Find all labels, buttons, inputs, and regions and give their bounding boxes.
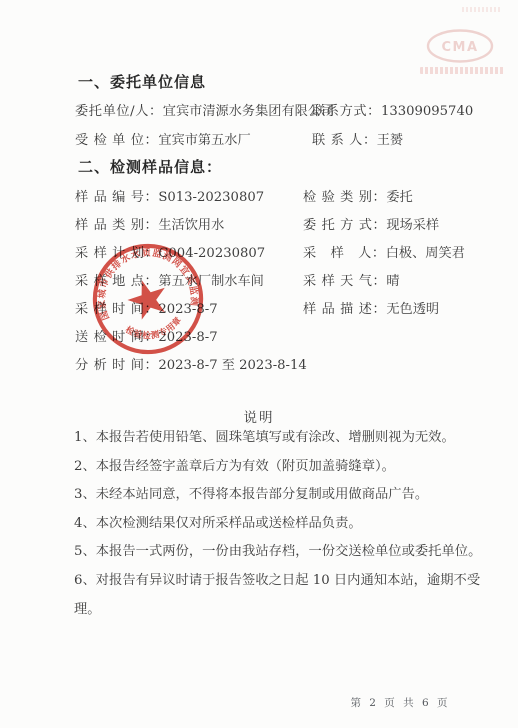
field-value-sampling-site: 第五水厂制水车间 bbox=[158, 274, 264, 289]
field-value-sampling-time: 2023-8-7 bbox=[158, 302, 217, 317]
field-label-commission-mode: 委 托 方 式： bbox=[303, 218, 386, 233]
field-label-samplers: 采 样 人： bbox=[303, 246, 386, 261]
field-label-contact-person: 联 系 人： bbox=[312, 133, 377, 148]
field-label-inspection-category: 检 验 类 别： bbox=[303, 190, 386, 205]
field-value-analysis-time: 2023-8-7 至 2023-8-14 bbox=[158, 358, 306, 373]
field-row: 样 品 编 号：S013-20230807 检 验 类 别：委托 bbox=[75, 186, 515, 206]
notes-title: 说明 bbox=[0, 406, 518, 426]
note-item: 1、本报告若使用铅笔、圆珠笔填写或有涂改、增删则视为无效。 bbox=[74, 424, 494, 453]
field-value-inspected-unit: 宜宾市第五水厂 bbox=[158, 133, 250, 148]
field-value-inspection-category: 委托 bbox=[386, 190, 412, 205]
field-row: 采 样 地 点：第五水厂制水车间 采 样 天 气：晴 bbox=[75, 270, 515, 290]
field-row: 受 检 单 位：宜宾市第五水厂 联 系 人：王赟 bbox=[75, 129, 515, 149]
field-row: 分 析 时 间：2023-8-7 至 2023-8-14 bbox=[75, 354, 515, 374]
field-value-contact-person: 王赟 bbox=[377, 133, 403, 148]
field-label-contact-phone: 联系方式： bbox=[312, 104, 381, 119]
field-value-commission-mode: 现场采样 bbox=[386, 218, 439, 233]
note-item: 2、本报告经签字盖章后方为有效（附页加盖骑缝章）。 bbox=[74, 453, 494, 482]
field-value-sample-description: 无色透明 bbox=[386, 302, 439, 317]
cma-letters: CMA bbox=[441, 40, 478, 55]
page-number: 第 2 页 共 6 页 bbox=[350, 695, 450, 710]
field-label-sample-type: 样 品 类 别： bbox=[75, 218, 158, 233]
note-item: 6、对报告有异议时请于报告签收之日起 10 日内通知本站，逾期不受理。 bbox=[74, 567, 494, 624]
field-label-sampling-site: 采 样 地 点： bbox=[75, 274, 158, 289]
field-label-client-unit: 委托单位/人： bbox=[75, 104, 163, 119]
field-label-sampling-weather: 采 样 天 气： bbox=[303, 274, 386, 289]
field-label-delivery-time: 送 检 时 间： bbox=[75, 330, 158, 345]
field-label-sampling-time: 采 样 时 间： bbox=[75, 302, 158, 317]
section-title-client-info: 一、委托单位信息 bbox=[78, 71, 206, 92]
notes-list: 1、本报告若使用铅笔、圆珠笔填写或有涂改、增删则视为无效。 2、本报告经签字盖章… bbox=[74, 424, 494, 624]
report-page: 一、委托单位信息 委托单位/人：宜宾市清源水务集团有限公司 联系方式：13309… bbox=[0, 0, 518, 728]
cma-oval-stamp: CMA bbox=[424, 27, 496, 65]
field-value-contact-phone: 13309095740 bbox=[381, 104, 473, 119]
field-value-samplers: 白极、周笑君 bbox=[386, 246, 465, 261]
field-label-analysis-time: 分 析 时 间： bbox=[75, 358, 158, 373]
oval-stamp-graphic: CMA bbox=[424, 27, 496, 65]
field-value-client-unit: 宜宾市清源水务集团有限公司 bbox=[163, 104, 334, 119]
field-row: 委托单位/人：宜宾市清源水务集团有限公司 联系方式：13309095740 bbox=[75, 100, 515, 120]
oval-stamp-caption-smudge bbox=[420, 67, 504, 74]
field-row: 采 样 计 划：C004-20230807 采 样 人：白极、周笑君 bbox=[75, 242, 515, 262]
field-row: 送 检 时 间：2023-8-7 bbox=[75, 326, 515, 346]
note-item: 5、本报告一式两份，一份由我站存档，一份交送检单位或委托单位。 bbox=[74, 538, 494, 567]
field-label-inspected-unit: 受 检 单 位： bbox=[75, 133, 158, 148]
field-row: 采 样 时 间：2023-8-7 样 品 描 述：无色透明 bbox=[75, 298, 515, 318]
field-value-sampling-plan: C004-20230807 bbox=[158, 246, 265, 261]
field-label-sample-no: 样 品 编 号： bbox=[75, 190, 158, 205]
section-title-sample-info: 二、检测样品信息： bbox=[78, 156, 222, 177]
field-value-sampling-weather: 晴 bbox=[386, 274, 399, 289]
field-value-delivery-time: 2023-8-7 bbox=[158, 330, 217, 345]
note-item: 3、未经本站同意，不得将本报告部分复制或用做商品广告。 bbox=[74, 481, 494, 510]
field-label-sample-description: 样 品 描 述： bbox=[303, 302, 386, 317]
note-item: 4、本次检测结果仅对所采样品或送检样品负责。 bbox=[74, 510, 494, 539]
field-row: 样 品 类 别：生活饮用水 委 托 方 式：现场采样 bbox=[75, 214, 515, 234]
field-value-sample-no: S013-20230807 bbox=[158, 190, 264, 205]
field-label-sampling-plan: 采 样 计 划： bbox=[75, 246, 158, 261]
stamp-ink-smudge bbox=[462, 7, 502, 12]
field-value-sample-type: 生活饮用水 bbox=[158, 218, 224, 233]
